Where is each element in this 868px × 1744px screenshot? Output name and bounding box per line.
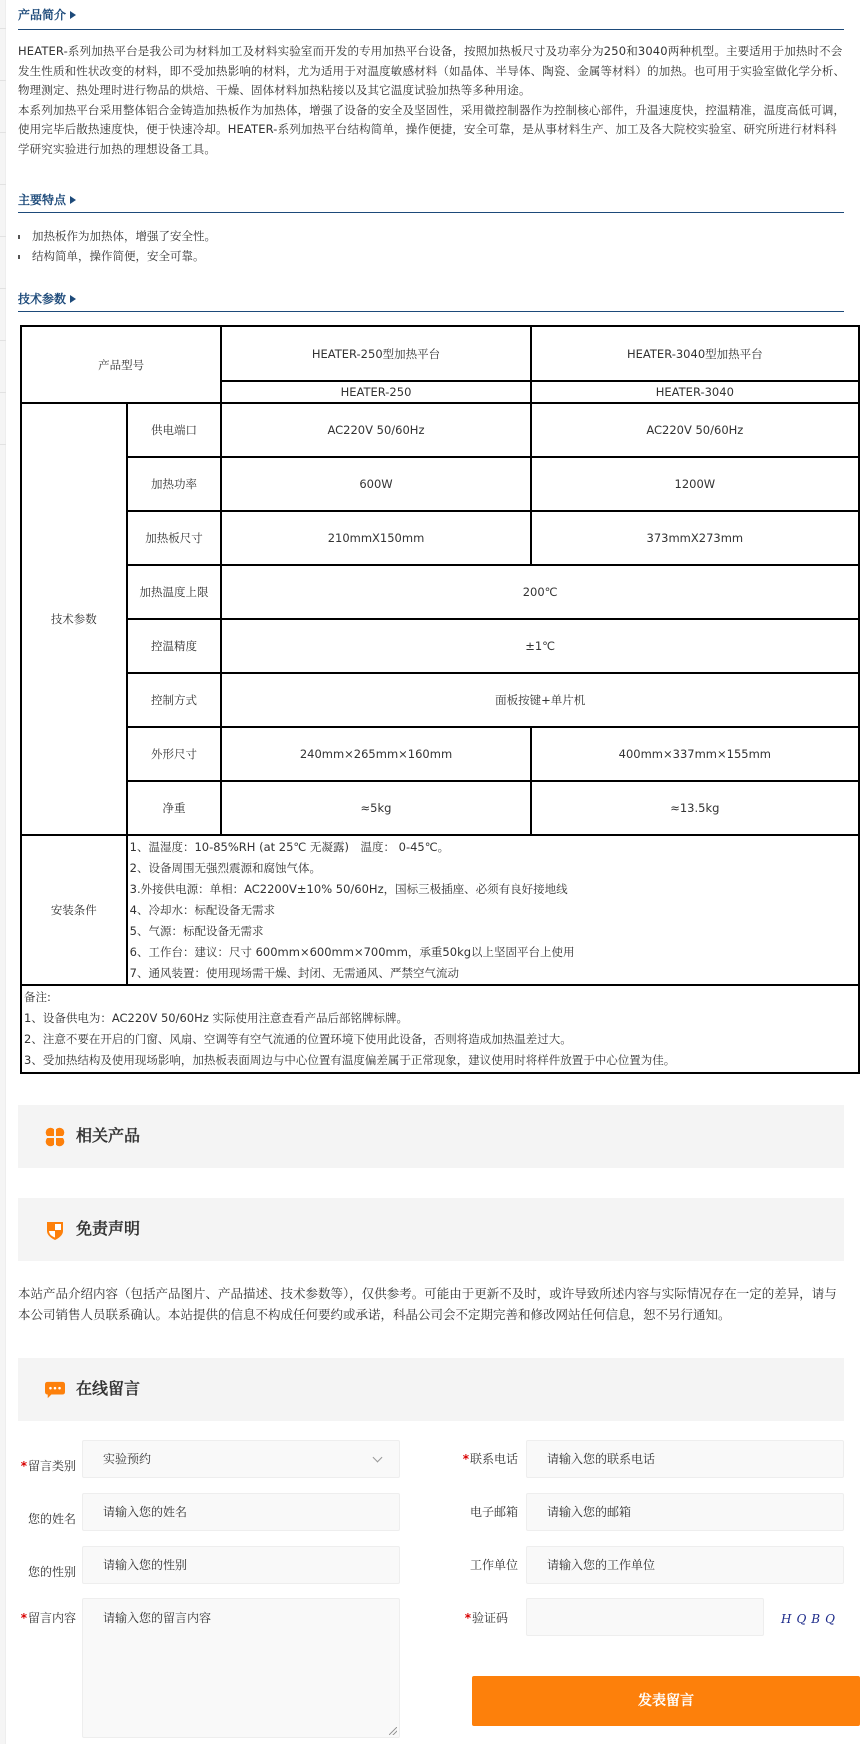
feature-item: 结构简单，操作简便，安全可靠。 — [18, 247, 848, 267]
table-row: 外形尺寸 240mm×265mm×160mm 400mm×337mm×155mm — [21, 727, 859, 781]
param-label: 加热温度上限 — [127, 565, 222, 619]
param-label: 加热板尺寸 — [127, 511, 222, 565]
note-line: 2、注意不要在开启的门窗、风扇、空调等有空气流通的位置环境下使用此设备，否则将造… — [24, 1029, 858, 1050]
install-item: 3.外接供电源：单相：AC2200V±10% 50/60Hz，国标三极插座、必须… — [130, 879, 858, 900]
param-value: 1200W — [531, 457, 859, 511]
feature-item: 加热板作为加热体，增强了安全性。 — [18, 227, 848, 247]
online-message-header: 在线留言 — [18, 1358, 844, 1421]
table-row: 控制方式 面板按键+单片机 — [21, 673, 859, 727]
category-select[interactable]: 实验预约 — [82, 1440, 400, 1478]
specs-title: 技术参数 — [18, 292, 66, 306]
group-label-cell: 技术参数 — [21, 403, 127, 835]
captcha-image[interactable]: HQBQ — [781, 1612, 840, 1626]
name-label: 您的姓名 — [18, 1511, 76, 1527]
model-code-cell: HEATER-3040 — [531, 381, 859, 403]
intro-paragraph: 本系列加热平台采用整体铝合金铸造加热板作为加热体，增强了设备的安全及坚固性，采用… — [18, 101, 848, 160]
related-products-header: 相关产品 — [18, 1105, 844, 1168]
content-label: *留言内容 — [18, 1610, 76, 1626]
email-label: 电子邮箱 — [455, 1504, 518, 1520]
triangle-right-icon — [70, 295, 76, 303]
model-code-cell: HEATER-250 — [221, 381, 530, 403]
disclaimer-text: 本站产品介绍内容（包括产品图片、产品描述、技术参数等），仅供参考。可能由于更新不… — [18, 1283, 848, 1325]
param-value: AC220V 50/60Hz — [531, 403, 859, 457]
param-label: 外形尺寸 — [127, 727, 222, 781]
param-value: 240mm×265mm×160mm — [221, 727, 530, 781]
clover-icon — [45, 1127, 65, 1147]
param-value: 600W — [221, 457, 530, 511]
param-value: 210mmX150mm — [221, 511, 530, 565]
install-conditions-cell: 1、温湿度：10-85%RH (at 25℃ 无凝露) 温度： 0-45℃。 2… — [127, 835, 859, 985]
spec-table: 产品型号 HEATER-250型加热平台 HEATER-3040型加热平台 HE… — [20, 325, 860, 1074]
phone-input[interactable]: 请输入您的联系电话 — [526, 1440, 844, 1478]
category-label: *留言类别 — [18, 1458, 76, 1474]
email-input[interactable]: 请输入您的邮箱 — [526, 1493, 844, 1531]
name-input[interactable]: 请输入您的姓名 — [82, 1493, 400, 1531]
captcha-input[interactable] — [526, 1598, 764, 1636]
table-row: 控温精度 ±1℃ — [21, 619, 859, 673]
resize-handle-icon[interactable] — [389, 1727, 397, 1735]
section-heading-intro: 产品简介 — [18, 8, 844, 30]
install-item: 5、气源：标配设备无需求 — [130, 921, 858, 942]
phone-label: *联系电话 — [455, 1451, 518, 1467]
install-label-cell: 安装条件 — [21, 835, 127, 985]
model-name-cell: HEATER-3040型加热平台 — [531, 326, 859, 381]
intro-paragraph: HEATER-系列加热平台是我公司为材料加工及材料实验室而开发的专用加热平台设备… — [18, 42, 848, 101]
table-row: 备注: 1、设备供电为：AC220V 50/60Hz 实际使用注意查看产品后部铭… — [21, 985, 859, 1073]
triangle-right-icon — [70, 196, 76, 204]
table-row: 产品型号 HEATER-250型加热平台 HEATER-3040型加热平台 — [21, 326, 859, 381]
category-value: 实验预约 — [103, 1452, 151, 1466]
param-value: AC220V 50/60Hz — [221, 403, 530, 457]
param-value-merged: 面板按键+单片机 — [221, 673, 859, 727]
gender-label: 您的性别 — [18, 1564, 76, 1580]
section-heading-features: 主要特点 — [18, 193, 844, 213]
chat-bubble-icon — [45, 1380, 65, 1400]
intro-title: 产品简介 — [18, 8, 66, 22]
submit-message-button[interactable]: 发表留言 — [472, 1676, 860, 1726]
param-value: 373mmX273mm — [531, 511, 859, 565]
disclaimer-title: 免责声明 — [76, 1218, 140, 1240]
note-line: 备注: — [24, 987, 858, 1008]
install-item: 4、冷却水：标配设备无需求 — [130, 900, 858, 921]
note-line: 1、设备供电为：AC220V 50/60Hz 实际使用注意查看产品后部铭牌标牌。 — [24, 1008, 858, 1029]
param-label: 加热功率 — [127, 457, 222, 511]
intro-text: HEATER-系列加热平台是我公司为材料加工及材料实验室而开发的专用加热平台设备… — [18, 42, 848, 159]
section-heading-specs: 技术参数 — [18, 292, 844, 312]
chevron-down-icon — [373, 1453, 383, 1463]
param-label: 净重 — [127, 781, 222, 835]
param-label: 控制方式 — [127, 673, 222, 727]
content-textarea[interactable]: 请输入您的留言内容 — [82, 1598, 400, 1738]
install-item: 1、温湿度：10-85%RH (at 25℃ 无凝露) 温度： 0-45℃。 — [130, 837, 858, 858]
captcha-label: *验证码 — [455, 1610, 508, 1626]
features-title: 主要特点 — [18, 193, 66, 207]
company-input[interactable]: 请输入您的工作单位 — [526, 1546, 844, 1584]
param-value: ≈5kg — [221, 781, 530, 835]
note-line: 3、受加热结构及使用现场影响，加热板表面周边与中心位置有温度偏差属于正常现象，建… — [24, 1050, 858, 1071]
triangle-right-icon — [70, 11, 76, 19]
model-label-cell: 产品型号 — [21, 326, 221, 403]
param-label: 控温精度 — [127, 619, 222, 673]
param-value-merged: 200℃ — [221, 565, 859, 619]
table-row: 加热板尺寸 210mmX150mm 373mmX273mm — [21, 511, 859, 565]
table-row: 净重 ≈5kg ≈13.5kg — [21, 781, 859, 835]
param-value-merged: ±1℃ — [221, 619, 859, 673]
related-products-title: 相关产品 — [76, 1125, 140, 1147]
shield-icon — [45, 1220, 65, 1240]
param-value: ≈13.5kg — [531, 781, 859, 835]
features-list: 加热板作为加热体，增强了安全性。 结构简单，操作简便，安全可靠。 — [18, 227, 848, 266]
install-item: 2、设备周围无强烈震源和腐蚀气体。 — [130, 858, 858, 879]
sidebar-edge — [0, 0, 6, 1744]
disclaimer-header: 免责声明 — [18, 1198, 844, 1261]
install-item: 6、工作台：建议：尺寸 600mm×600mm×700mm，承重50kg以上坚固… — [130, 942, 858, 963]
install-item: 7、通风装置：使用现场需干燥、封闭、无需通风、严禁空气流动 — [130, 963, 858, 984]
model-name-cell: HEATER-250型加热平台 — [221, 326, 530, 381]
gender-input[interactable]: 请输入您的性别 — [82, 1546, 400, 1584]
param-label: 供电端口 — [127, 403, 222, 457]
table-row: 加热温度上限 200℃ — [21, 565, 859, 619]
table-row: 技术参数 供电端口 AC220V 50/60Hz AC220V 50/60Hz — [21, 403, 859, 457]
param-value: 400mm×337mm×155mm — [531, 727, 859, 781]
notes-cell: 备注: 1、设备供电为：AC220V 50/60Hz 实际使用注意查看产品后部铭… — [21, 985, 859, 1073]
online-message-title: 在线留言 — [76, 1378, 140, 1400]
table-row: 加热功率 600W 1200W — [21, 457, 859, 511]
company-label: 工作单位 — [455, 1557, 518, 1573]
table-row: 安装条件 1、温湿度：10-85%RH (at 25℃ 无凝露) 温度： 0-4… — [21, 835, 859, 985]
